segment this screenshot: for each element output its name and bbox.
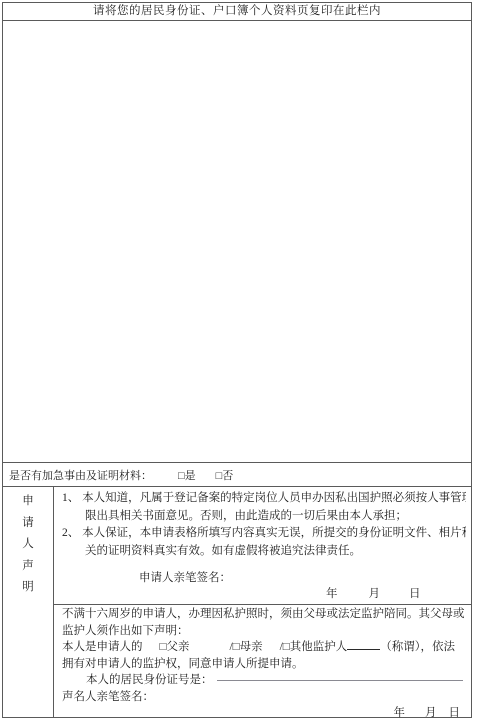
declaration-title-char: 请: [3, 513, 53, 535]
adult-declaration-block: 1、 本人知道，凡属于登记备案的特定岗位人员申办因私出国护照必须按人事管理权 限…: [54, 487, 471, 604]
id-document-copy-area: [3, 21, 471, 463]
declaration-title-char: 明: [3, 577, 53, 599]
guardian-consent-line: 拥有对申请人的监护权，同意申请人所提申请。: [62, 656, 465, 673]
mother-checkbox[interactable]: /□母亲: [229, 641, 262, 653]
urgent-reason-row: 是否有加急事由及证明材料： □是 □否: [3, 463, 471, 487]
guardian-declaration-block: 不满十六周岁的申请人，办理因私护照时，须由父母或法定监护陪同。其父母或法定 监护…: [54, 604, 471, 722]
date-year-label: 年: [326, 588, 338, 600]
passport-application-form-page: 请将您的居民身份证、户口簿个人资料页复印在此栏内 是否有加急事由及证明材料： □…: [0, 0, 479, 722]
urgent-no-checkbox[interactable]: □否: [216, 467, 234, 483]
applicant-signature-label: 申请人亲笔签名：: [62, 571, 466, 585]
declaration-content-column: 1、 本人知道，凡属于登记备案的特定岗位人员申办因私出国护照必须按人事管理权 限…: [54, 487, 471, 717]
applicant-signature-date: 年月日: [62, 587, 466, 601]
declaration-item-2-cont: 关的证明资料真实有效。如有虚假将被追究法律责任。: [62, 543, 466, 561]
declarant-signature-date: 年月日: [62, 705, 465, 722]
guardian-relationship-line: 本人是申请人的□父亲/□母亲/□其他监护人（称谓），依法: [62, 639, 465, 656]
guardian-id-blank-field[interactable]: [217, 680, 464, 681]
urgent-yes-checkbox[interactable]: □是: [178, 467, 196, 483]
date-year-label: 年: [394, 707, 406, 719]
declaration-item-2: 2、 本人保证，本申请表格所填写内容真实无误，所提交的身份证明文件、相片和相: [62, 525, 466, 543]
father-checkbox[interactable]: □父亲: [160, 641, 190, 653]
date-day-label: 日: [409, 588, 421, 600]
declarant-signature-label: 声名人亲笔签名：: [62, 689, 465, 706]
guardian-intro-line-1: 不满十六周岁的申请人，办理因私护照时，须由父母或法定监护陪同。其父母或法定: [62, 606, 465, 623]
copy-instruction-header: 请将您的居民身份证、户口簿个人资料页复印在此栏内: [3, 3, 471, 21]
form-table: 请将您的居民身份证、户口簿个人资料页复印在此栏内 是否有加急事由及证明材料： □…: [2, 2, 472, 718]
other-guardian-checkbox[interactable]: /□其他监护人: [280, 641, 348, 653]
declaration-title-char: 声: [3, 556, 53, 578]
declaration-item-1: 1、 本人知道，凡属于登记备案的特定岗位人员申办因私出国护照必须按人事管理权: [62, 490, 466, 508]
guardian-id-label: 本人的居民身份证号是：: [86, 672, 213, 689]
guardian-title-blank-field[interactable]: [347, 640, 380, 650]
guardian-suffix-label: （称谓），依法: [380, 641, 455, 653]
applicant-declaration-section: 申 请 人 声 明 1、 本人知道，凡属于登记备案的特定岗位人员申办因私出国护照…: [3, 487, 471, 717]
urgent-reason-label: 是否有加急事由及证明材料：: [9, 467, 152, 483]
declaration-title-char: 申: [3, 491, 53, 513]
date-month-label: 月: [369, 588, 381, 600]
date-day-label: 日: [449, 707, 461, 719]
date-month-label: 月: [425, 707, 437, 719]
guardian-intro-line-2: 监护人须作出如下声明：: [62, 623, 465, 640]
declaration-title-char: 人: [3, 534, 53, 556]
declaration-item-1-cont: 限出具相关书面意见。否则，由此造成的一切后果由本人承担；: [62, 508, 466, 526]
guardian-id-number-line: 本人的居民身份证号是：: [62, 672, 465, 689]
declaration-title-column: 申 请 人 声 明: [3, 487, 54, 717]
guardian-prefix-label: 本人是申请人的: [62, 641, 143, 653]
